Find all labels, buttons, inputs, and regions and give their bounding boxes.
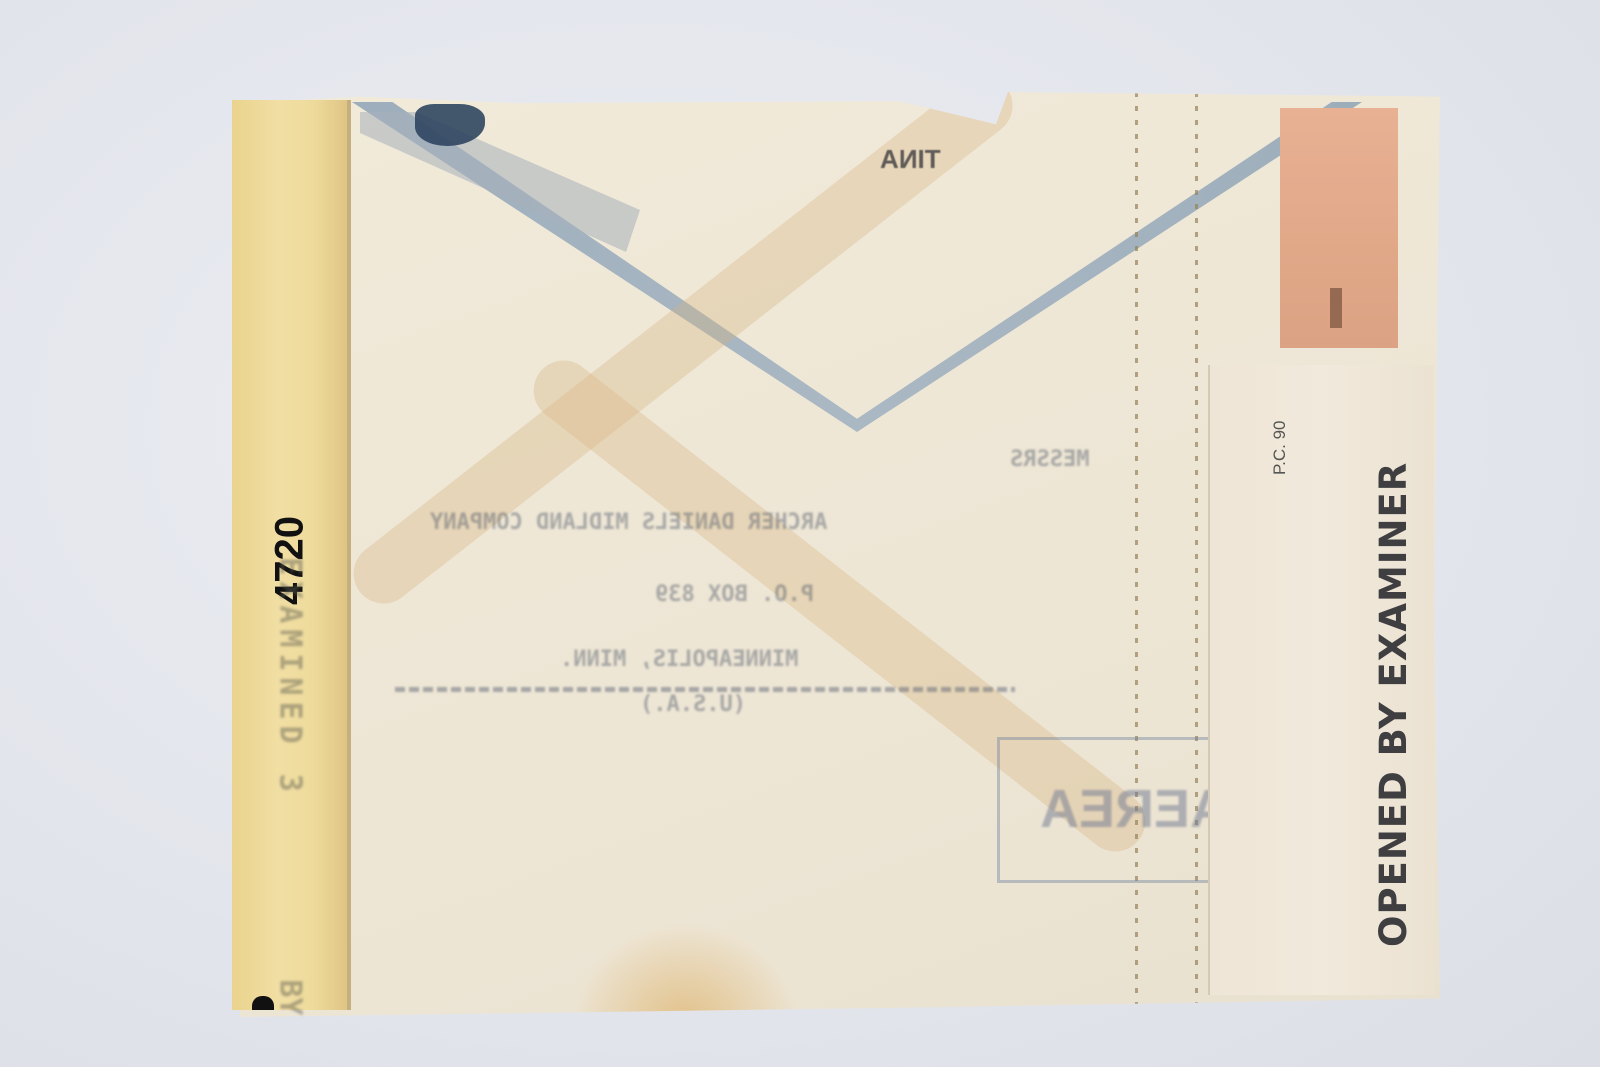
- show-through-text: MINNEAPOLIS, MINN.: [560, 647, 798, 672]
- censor-tape-left: 4720 EXAMINED 3 BY: [232, 100, 351, 1010]
- box-stamp-text: AEREA: [1040, 778, 1229, 840]
- water-stain: [570, 922, 800, 1052]
- show-through-text: (U.S.A.): [640, 692, 746, 717]
- show-through-text: ARCHER DANIELS MIDLAND COMPANY: [430, 510, 827, 535]
- examiner-label: P.C. 90 OPENED BY EXAMINER: [1208, 365, 1434, 995]
- label-mark: [1330, 288, 1342, 328]
- tape-ink-dot: [252, 996, 274, 1010]
- tape-ghost-text: EXAMINED 3: [272, 557, 307, 798]
- label-code: P.C. 90: [1270, 420, 1290, 475]
- flap-shading: [360, 112, 640, 252]
- orange-censor-label: [1280, 108, 1398, 348]
- show-through-text: P.O. BOX 839: [655, 582, 814, 607]
- mirrored-top-text: TINA: [880, 144, 941, 175]
- tape-ghost-by: BY: [272, 979, 307, 1015]
- label-title: OPENED BY EXAMINER: [1372, 462, 1415, 947]
- show-through-text: MESSRS: [1010, 447, 1089, 472]
